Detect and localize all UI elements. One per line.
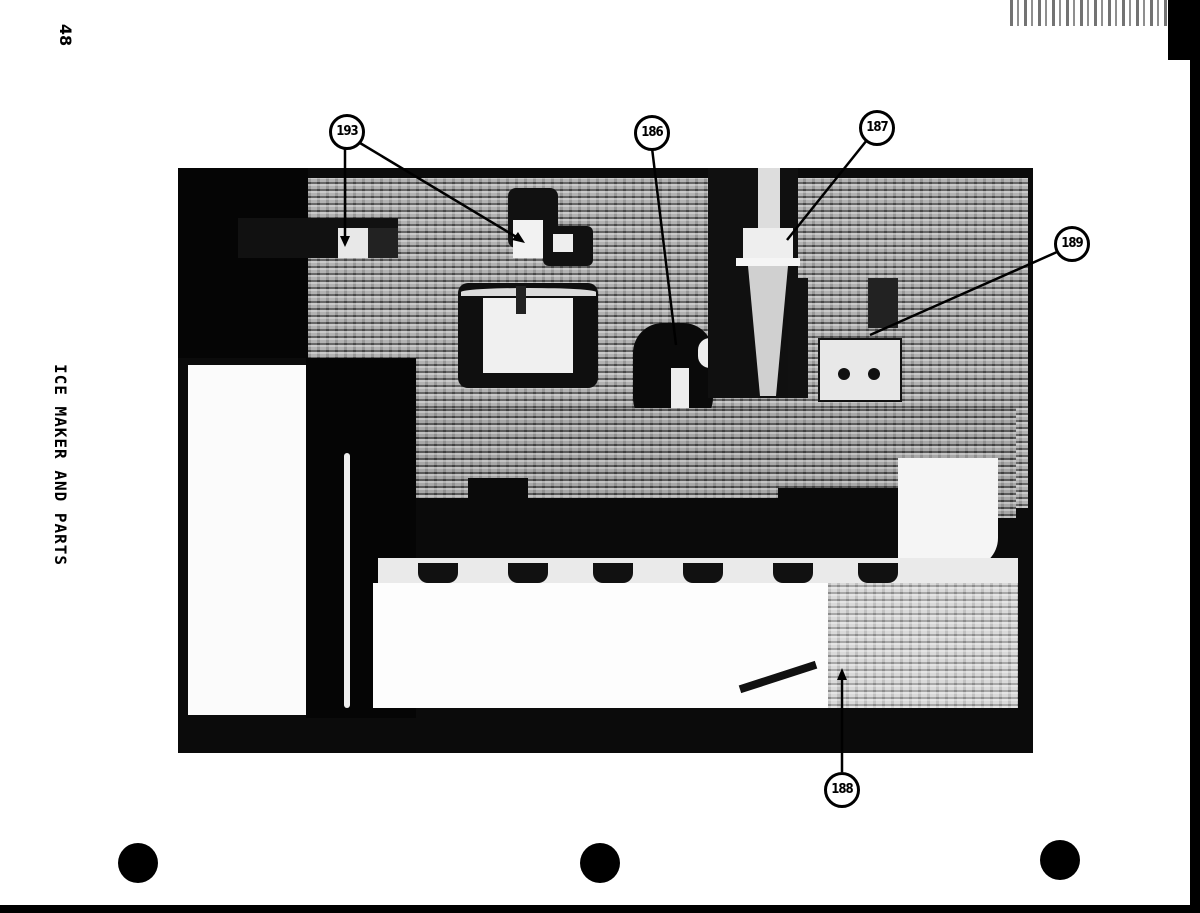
binder-hole-center (580, 843, 620, 883)
page-number: 48 (50, 20, 80, 50)
callout-186: 186 (634, 115, 670, 151)
binder-hole-right (1040, 840, 1080, 880)
callout-189: 189 (1054, 226, 1090, 262)
scan-edge-right (1190, 30, 1200, 913)
catalog-page: 48 ICE MAKER AND PARTS (0, 0, 1200, 913)
scan-edge-bottom (0, 905, 1200, 913)
callout-193: 193 (329, 114, 365, 150)
section-title: ICE MAKER AND PARTS (45, 345, 75, 585)
callout-187: 187 (859, 110, 895, 146)
binder-hole-left (118, 843, 158, 883)
callout-188: 188 (824, 772, 860, 808)
ice-maker-photo (178, 168, 1033, 753)
